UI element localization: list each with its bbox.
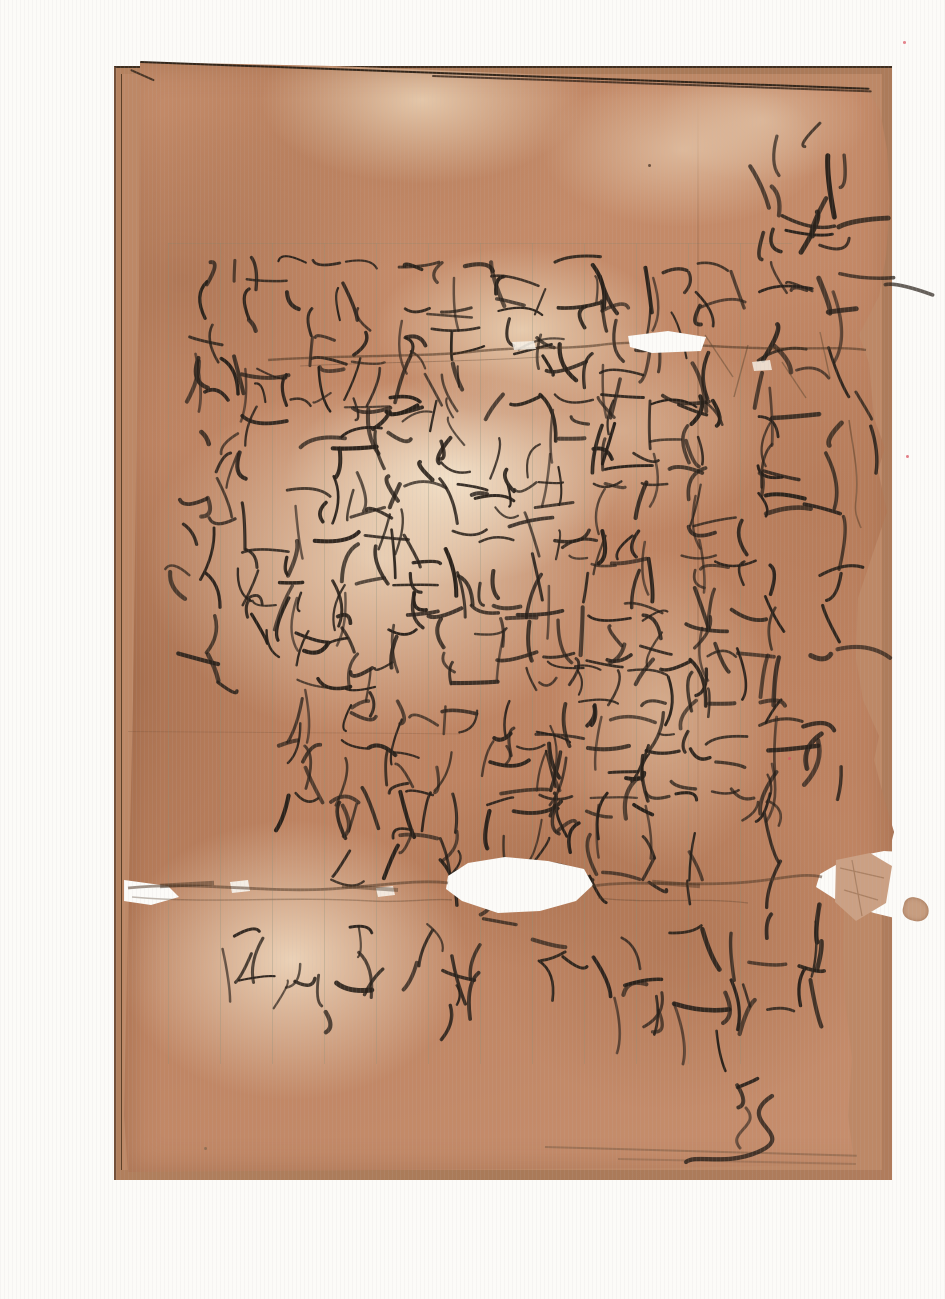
scan-speck <box>906 455 909 458</box>
scan-speck <box>788 757 791 760</box>
scan-speck <box>903 41 906 44</box>
scan-speck <box>648 164 651 167</box>
letter-paper <box>122 60 894 1176</box>
scan-speck <box>204 1147 207 1150</box>
scanned-letter-page: 近伸之望利年の八月初三至瑞生成传包以我田布是收波涟图氣末之候先以等文咸降乞昊子為… <box>0 0 945 1299</box>
vertical-crease <box>697 95 699 865</box>
